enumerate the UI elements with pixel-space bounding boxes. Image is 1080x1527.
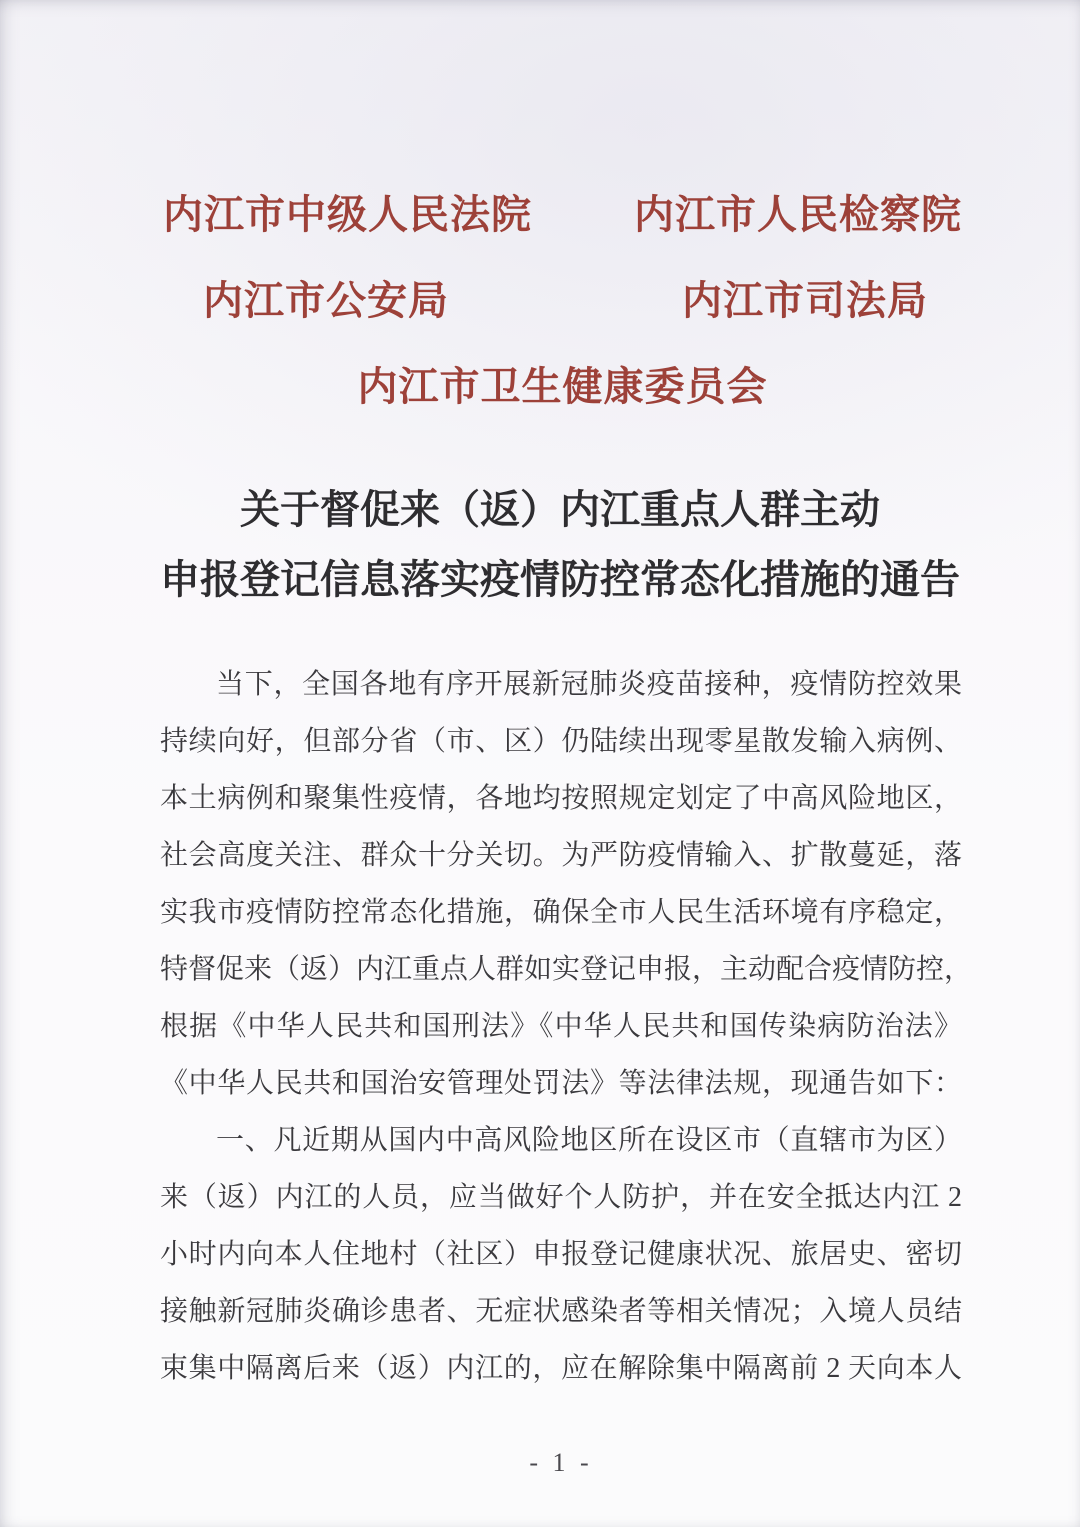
notice-body: 当下，全国各地有序开展新冠肺炎疫苗接种，疫情防控效果 持续向好，但部分省（市、区… (160, 656, 962, 1397)
agency-row-1: 内江市中级人民法院 内江市人民检察院 (163, 168, 962, 254)
body-line-10: 来（返）内江的人员，应当做好个人防护，并在安全抵达内江 2 (160, 1169, 962, 1226)
agency-procuratorate: 内江市人民检察院 (634, 183, 962, 240)
body-line-6: 特督促来（返）内江重点人群如实登记申报，主动配合疫情防控， (160, 941, 962, 998)
body-line-8: 《中华人民共和国治安管理处罚法》等法律法规，现通告如下： (160, 1055, 962, 1112)
scanned-notice-page: 内江市中级人民法院 内江市人民检察院 内江市公安局 内江市司法局 内江市卫生健康… (0, 0, 1080, 1527)
agency-health-commission: 内江市卫生健康委员会 (358, 355, 768, 412)
body-line-11: 小时内向本人住地村（社区）申报登记健康状况、旅居史、密切 (160, 1226, 962, 1283)
agency-intermediate-court: 内江市中级人民法院 (163, 183, 532, 240)
body-line-12: 接触新冠肺炎确诊患者、无症状感染者等相关情况；入境人员结 (160, 1283, 962, 1340)
body-line-2: 持续向好，但部分省（市、区）仍陆续出现零星散发输入病例、 (160, 713, 962, 770)
agency-row-3: 内江市卫生健康委员会 (163, 340, 962, 426)
body-line-9: 一、凡近期从国内中高风险地区所在设区市（直辖市为区） (160, 1112, 962, 1169)
notice-title-line-1: 关于督促来（返）内江重点人群主动 (158, 475, 962, 545)
body-line-7: 根据《中华人民共和国刑法》《中华人民共和国传染病防治法》 (160, 998, 962, 1055)
body-line-5: 实我市疫情防控常态化措施，确保全市人民生活环境有序稳定， (160, 884, 962, 941)
body-line-3: 本土病例和聚集性疫情，各地均按照规定划定了中高风险地区， (160, 770, 962, 827)
notice-title: 关于督促来（返）内江重点人群主动 申报登记信息落实疫情防控常态化措施的通告 (158, 475, 962, 615)
body-line-1: 当下，全国各地有序开展新冠肺炎疫苗接种，疫情防控效果 (160, 656, 962, 713)
notice-title-line-2: 申报登记信息落实疫情防控常态化措施的通告 (158, 545, 962, 615)
page-number: - 1 - (160, 1448, 962, 1478)
agency-public-security-bureau: 内江市公安局 (203, 269, 449, 326)
agency-justice-bureau: 内江市司法局 (682, 269, 928, 326)
body-line-4: 社会高度关注、群众十分关切。为严防疫情输入、扩散蔓延，落 (160, 827, 962, 884)
issuing-agencies-header: 内江市中级人民法院 内江市人民检察院 内江市公安局 内江市司法局 内江市卫生健康… (163, 168, 962, 426)
body-line-13: 束集中隔离后来（返）内江的，应在解除集中隔离前 2 天向本人 (160, 1340, 962, 1397)
agency-row-2: 内江市公安局 内江市司法局 (163, 254, 962, 340)
